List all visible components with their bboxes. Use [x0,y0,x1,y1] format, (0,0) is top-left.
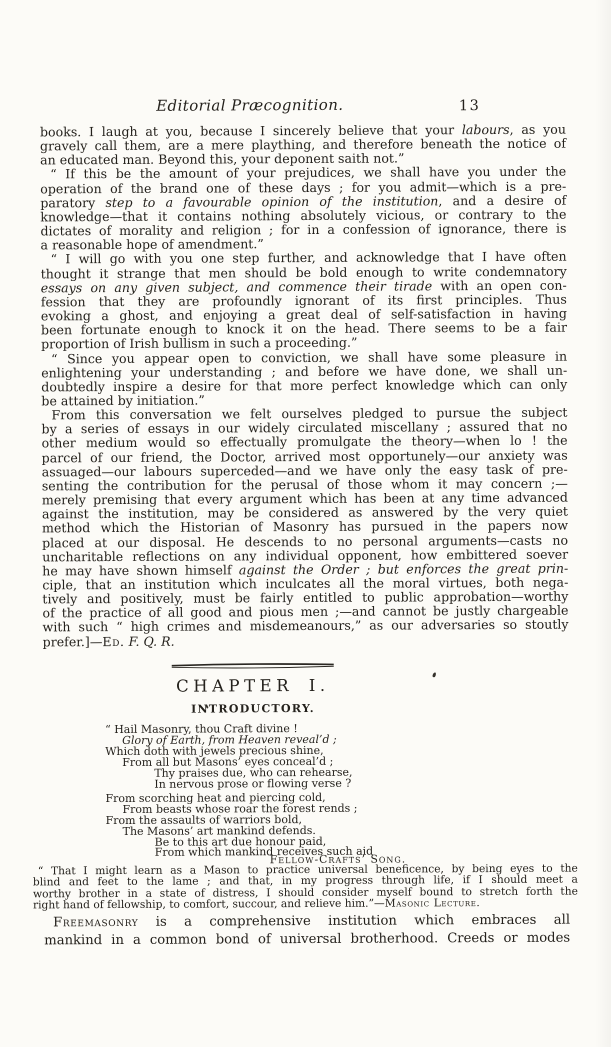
paragraph: “ Since you appear open to conviction, w… [41,349,567,408]
paragraph: From this conversation we felt ourselves… [41,406,568,649]
verse-line: In nervous prose or flowing verse ? [105,778,445,791]
text-line: right hand of fellowship, to comfort, su… [33,896,578,910]
text-line: Freemasonry is a comprehensive instituti… [44,912,570,932]
poem-stanza: From scorching heat and piercing cold,Fr… [105,792,445,859]
paragraph: “ If this be the amount of your prejudic… [40,165,566,253]
opening-paragraph: Freemasonry is a comprehensive instituti… [44,912,570,950]
scanned-book-page: Editorial Præcognition. 13 books. I laug… [0,0,611,1047]
text-line: mankind in a common bond of universal br… [44,929,570,949]
paragraph: books. I laugh at you, because I sincere… [40,123,566,168]
page-content: Editorial Præcognition. 13 books. I laug… [0,0,611,1047]
chapter-subtitle: INTRODUCTORY. [43,701,463,716]
running-title: Editorial Præcognition. [156,96,343,115]
poem-stanza: “ Hail Masonry, thou Craft divine !Glory… [105,723,445,790]
editorial-section: books. I laugh at you, because I sincere… [40,123,569,650]
masonic-lecture-quote: “ That I might learn as a Mason to pract… [33,863,578,911]
paragraph: “ I will go with you one step further, a… [41,250,568,352]
section-divider-rule [171,655,335,664]
chapter-heading-block: CHAPTER I. INTRODUCTORY. [43,654,463,716]
text-line: doubtedly inspire a desire for that more… [41,377,567,394]
chapter-title: CHAPTER I. [43,675,463,696]
introductory-poem: “ Hail Masonry, thou Craft divine !Glory… [105,723,446,863]
running-header: Editorial Præcognition. [40,95,460,115]
page-number: 13 [459,98,481,114]
text-line: with such “ high crimes and misdemeanour… [43,618,569,635]
text-line: prefer.]—Ed. F. Q. R. [43,632,569,649]
